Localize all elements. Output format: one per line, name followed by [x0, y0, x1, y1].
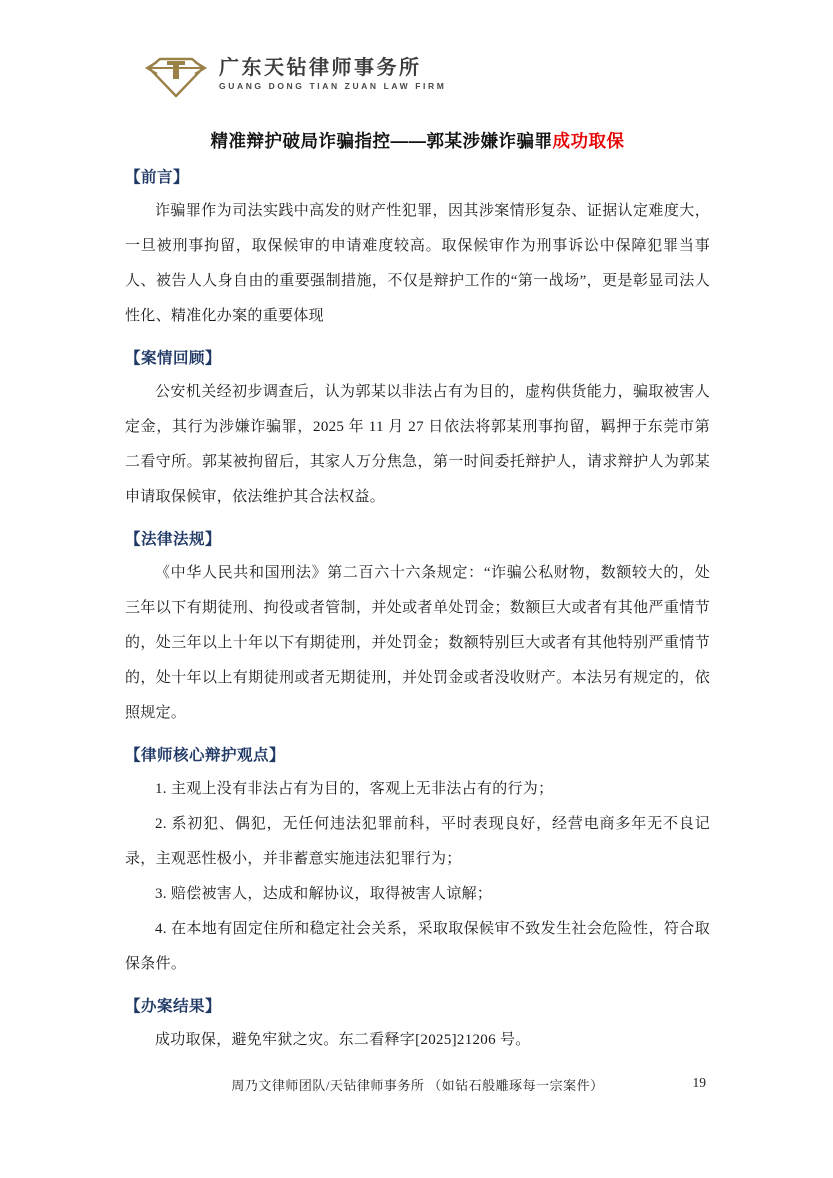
paragraph: 公安机关经初步调查后，认为郭某以非法占有为目的，虚构供货能力，骗取被害人定金，其… [125, 375, 710, 515]
law-firm-logo: 广东天钻律师事务所 GUANG DONG TIAN ZUAN LAW FIRM [143, 46, 710, 102]
defense-point-2: 2. 系初犯、偶犯，无任何违法犯罪前科，平时表现良好，经营电商多年无不良记录，主… [125, 807, 710, 877]
paragraph: 成功取保，避免牢狱之灾。东二看释字[2025]21206 号。 [125, 1023, 710, 1058]
section-heading-defense-points: 【律师核心辩护观点】 [125, 740, 710, 772]
document-title: 精准辩护破局诈骗指控——郭某涉嫌诈骗罪成功取保 [125, 128, 710, 153]
section-heading-preface: 【前言】 [125, 162, 710, 194]
page-footer: 周乃文律师团队/天钻律师事务所 （如钻石般雕琢每一宗案件） 19 [125, 1075, 710, 1094]
paragraph: 《中华人民共和国刑法》第二百六十六条规定：“诈骗公私财物，数额较大的，处三年以下… [125, 556, 710, 731]
defense-point-4: 4. 在本地有固定住所和稳定社会关系，采取取保候审不致发生社会危险性，符合取保条… [125, 912, 710, 982]
section-heading-result: 【办案结果】 [125, 991, 710, 1023]
diamond-T-logo-icon [143, 49, 209, 99]
section-heading-case-review: 【案情回顾】 [125, 343, 710, 375]
section-heading-laws: 【法律法规】 [125, 524, 710, 556]
page-number: 19 [693, 1075, 707, 1091]
footer-team-text: 周乃文律师团队/天钻律师事务所 （如钻石般雕琢每一宗案件） [125, 1075, 710, 1094]
paragraph: 诈骗罪作为司法实践中高发的财产性犯罪，因其涉案情形复杂、证据认定难度大，一旦被刑… [125, 194, 710, 334]
defense-point-1: 1. 主观上没有非法占有为目的，客观上无非法占有的行为； [125, 772, 710, 807]
defense-point-3: 3. 赔偿被害人，达成和解协议，取得被害人谅解； [125, 877, 710, 912]
document-body: 【前言】 诈骗罪作为司法实践中高发的财产性犯罪，因其涉案情形复杂、证据认定难度大… [125, 162, 710, 1058]
document-title-highlight: 成功取保 [553, 131, 625, 151]
document-title-main: 精准辩护破局诈骗指控——郭某涉嫌诈骗罪 [211, 131, 553, 151]
law-firm-name-cn: 广东天钻律师事务所 [219, 57, 446, 79]
law-firm-name-en: GUANG DONG TIAN ZUAN LAW FIRM [219, 82, 446, 91]
logo-text: 广东天钻律师事务所 GUANG DONG TIAN ZUAN LAW FIRM [219, 57, 446, 91]
document-page: 广东天钻律师事务所 GUANG DONG TIAN ZUAN LAW FIRM … [0, 0, 833, 1178]
